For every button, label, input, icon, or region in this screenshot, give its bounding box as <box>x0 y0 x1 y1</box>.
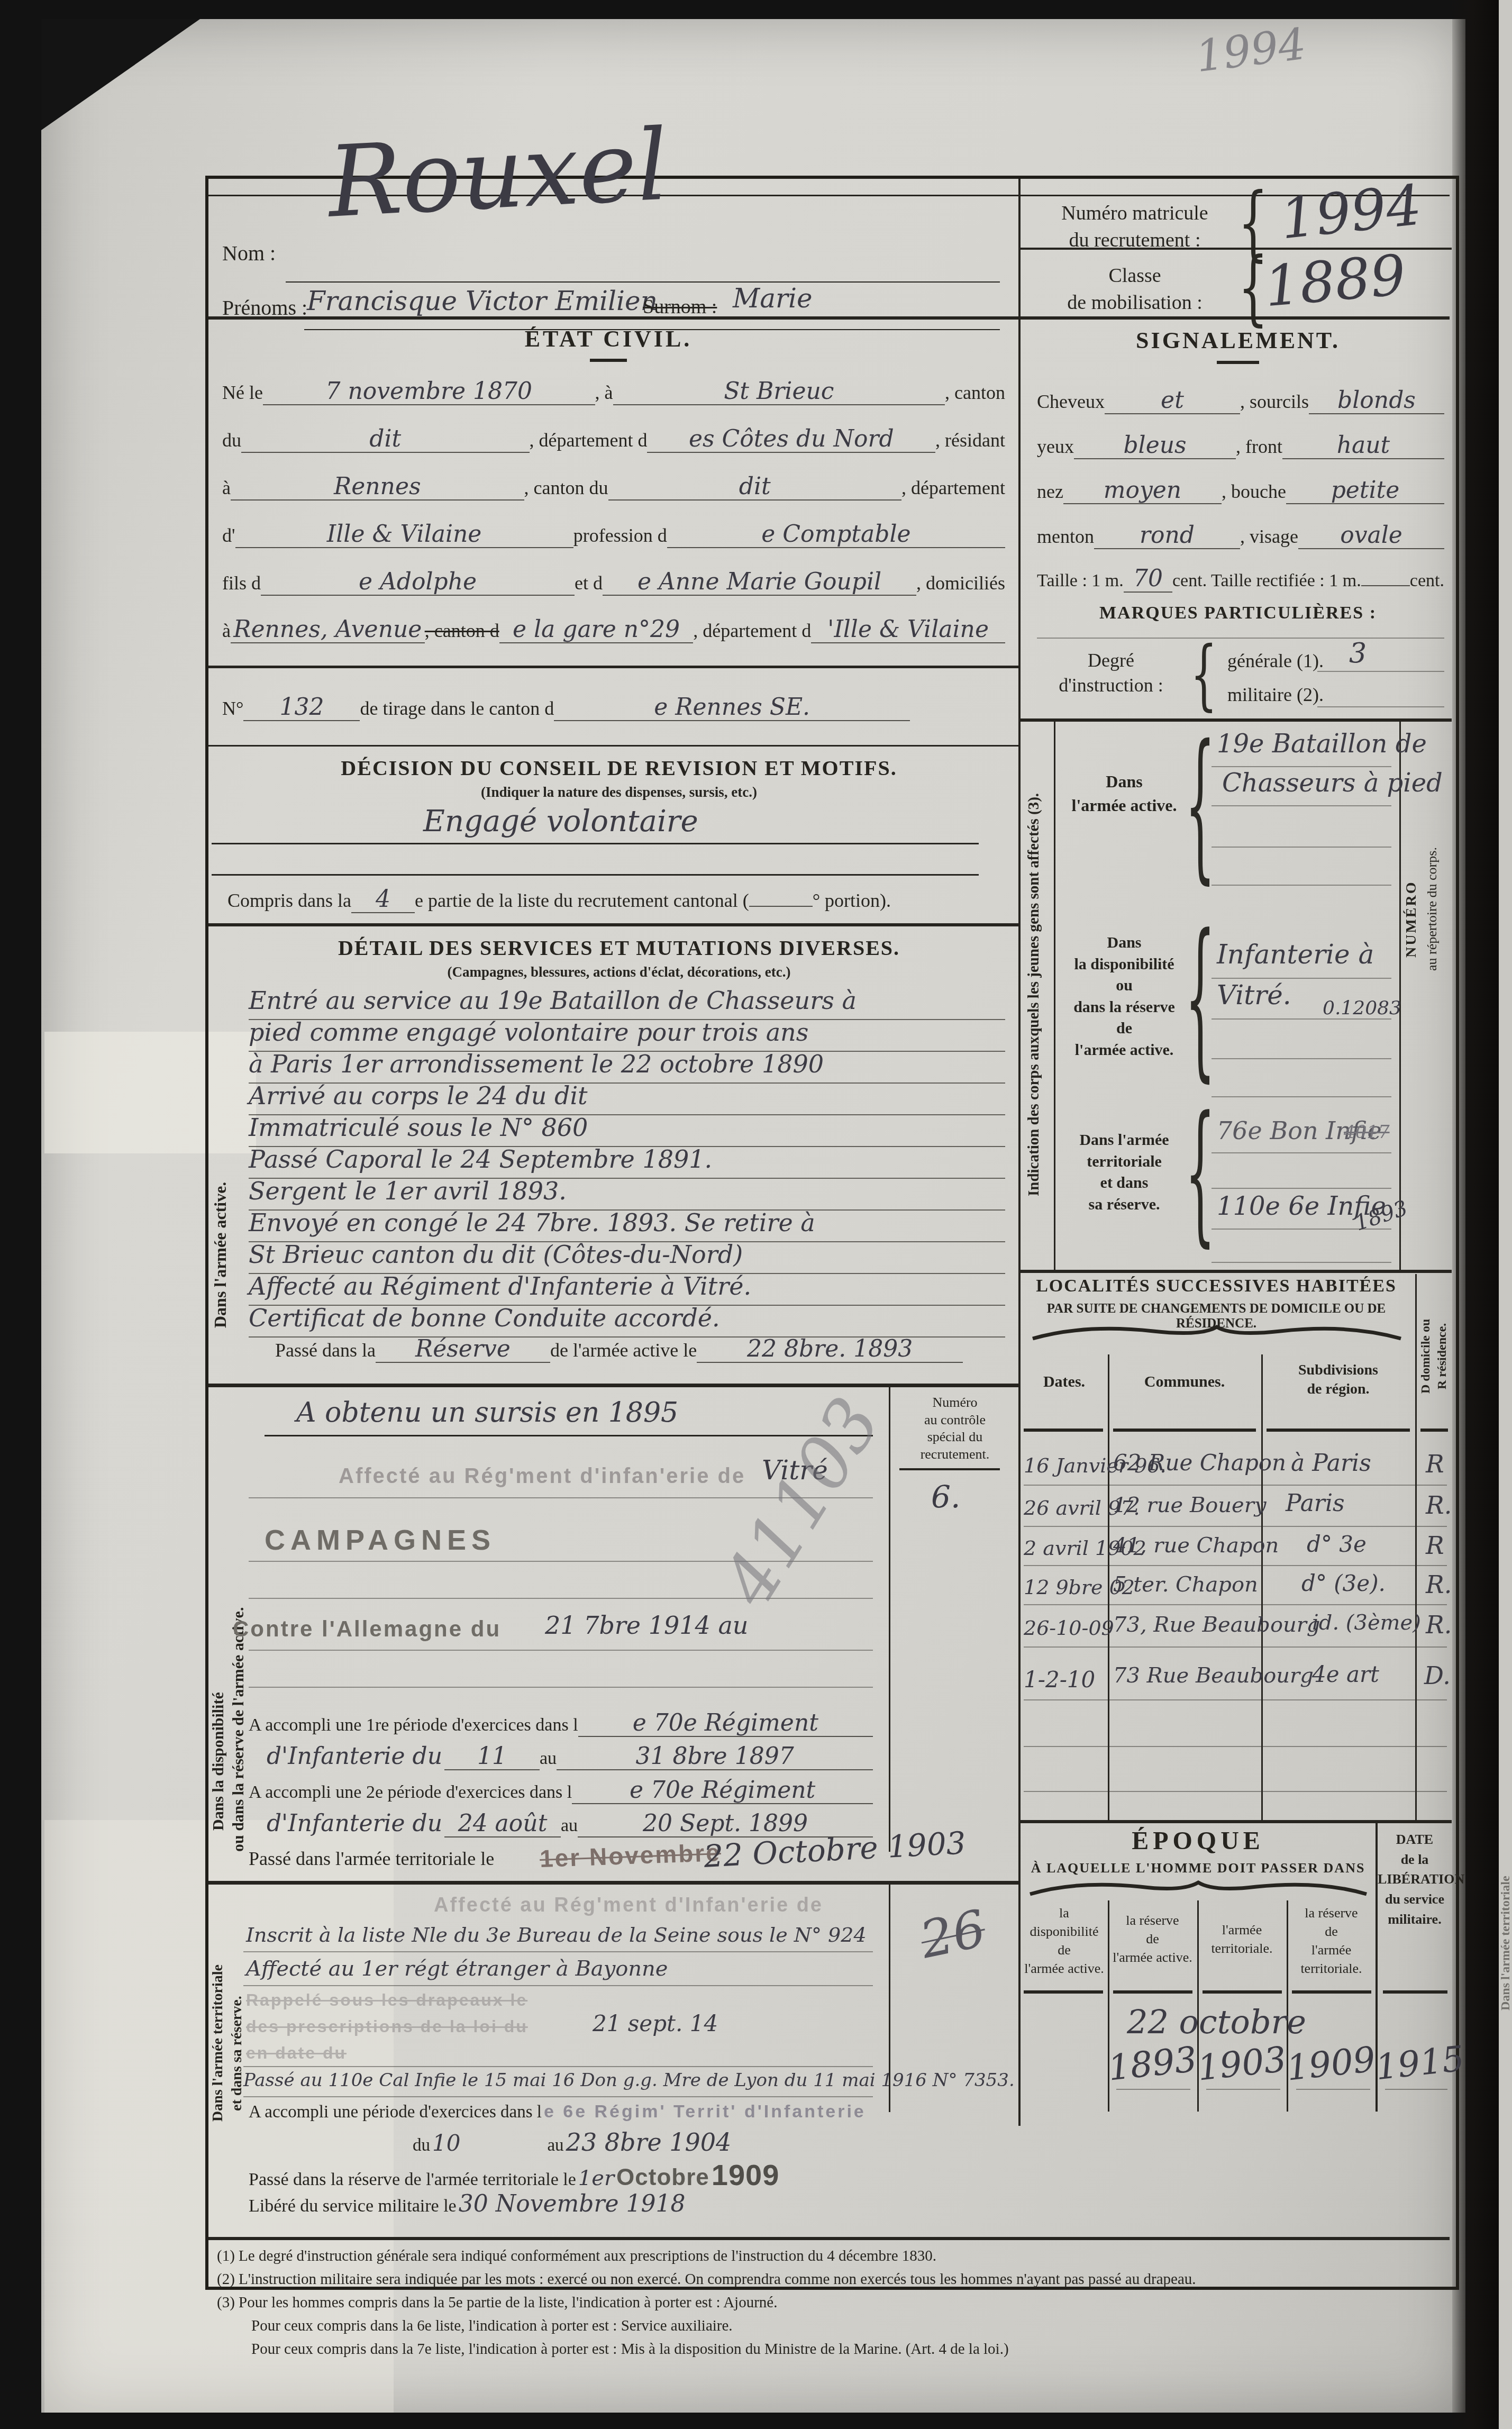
controle-divider <box>889 1387 890 1852</box>
cd-line-3 <box>1212 1058 1391 1059</box>
corps-dispo-brace: { <box>1185 899 1215 1099</box>
corps-side-label: Indication des corps auxquels les jeunes… <box>1025 727 1051 1262</box>
cd-line-4 <box>1212 1096 1391 1097</box>
service-entry: Sergent le 1er avril 1893. <box>249 1179 1005 1211</box>
localites-col-dates: Dates. <box>1021 1373 1108 1391</box>
blank-line-m2 <box>249 1687 873 1688</box>
nom-label: Nom : <box>222 241 276 266</box>
corps-dispo-label: Dans la disponibilité ou dans la réserve… <box>1058 932 1190 1061</box>
sursis-note: A obtenu un sursis en 1895 <box>296 1397 678 1429</box>
surnom-label: Surnom : <box>643 295 717 319</box>
cd-line-1 <box>1212 978 1391 979</box>
periode-dates: du 10 au 23 8bre 1904 <box>413 2128 868 2157</box>
service-entry: Envoyé en congé le 24 7bre. 1893. Se ret… <box>249 1211 1005 1242</box>
services-title: DÉTAIL DES SERVICES ET MUTATIONS DIVERSE… <box>254 935 984 960</box>
corps-rule-top <box>1021 718 1452 722</box>
degre-generale-line <box>1317 671 1444 672</box>
sursis-line <box>265 1435 873 1436</box>
etranger-bayonne: Affecté au 1er régt étranger à Bayonne <box>246 1957 668 1981</box>
ec-line-4: d' Ille & Vilaine profession d e Comptab… <box>222 523 1005 548</box>
decision-line-1 <box>212 843 979 844</box>
prenoms-value: Francisque Victor Emilien <box>307 286 658 316</box>
loc-row-subdiv: id. (3ème) <box>1312 1611 1421 1635</box>
corps-active-entry-1: 19e Bataillon de <box>1217 729 1427 759</box>
loc-row-commune: 73, Rue Beaubourg <box>1113 1613 1320 1637</box>
sig-row-3: nez moyen , bouche petite <box>1037 479 1444 504</box>
corps-active-brace: { <box>1185 711 1215 900</box>
epoque-col2-header: la réserve de l'armée active. <box>1109 1911 1196 1967</box>
surnom-value: Marie <box>733 283 813 314</box>
ep-value-line-2 <box>1206 2089 1280 2090</box>
corps-dispo-entry-1: Infanterie à <box>1217 939 1374 970</box>
surname-big: Rouxel <box>325 107 671 239</box>
affecte-vitre-stamp: Affecté au Rég'ment d'infan'erie de <box>339 1464 745 1488</box>
service-entry: Passé Caporal le 24 Septembre 1891. <box>249 1147 1005 1179</box>
periode2-line-b: d'Infanterie du 24 août au 20 Sept. 1899 <box>265 1812 873 1837</box>
ep-head-rule-1 <box>1024 1990 1103 1994</box>
degre-brace: { <box>1190 630 1217 718</box>
loc-head-rule-1 <box>1024 1429 1103 1432</box>
loc-row-commune: 73 Rue Beaubourg <box>1113 1663 1314 1688</box>
loc-row-subdiv: Paris <box>1286 1490 1345 1517</box>
epoque-col4-header: la réserve de l'armée territoriale. <box>1288 1904 1374 1978</box>
prescriptions-date: 21 sept. 14 <box>593 2010 718 2036</box>
service-entry: pied comme engagé volontaire pour trois … <box>249 1020 1005 1052</box>
ep-head-rule-5 <box>1383 1990 1447 1994</box>
etat-civil-title: ÉTAT CIVIL. <box>370 325 846 352</box>
loc-row-commune: 41, rue Chapon <box>1113 1533 1279 1558</box>
corps-terr-brace: { <box>1185 1085 1215 1262</box>
epoque-value-liberation: 1915 <box>1373 2040 1454 2088</box>
loc-row-line <box>1024 1604 1447 1605</box>
corps-terr-label: Dans l'armée territoriale et dans sa rés… <box>1058 1130 1190 1215</box>
tirage-rule-bottom <box>208 745 1018 747</box>
reserve-territoriale-line: Passé dans la réserve de l'armée territo… <box>249 2158 883 2192</box>
loc-row-subdiv: à Paris <box>1291 1450 1371 1477</box>
loc-row-subdiv: d° (3e). <box>1301 1570 1386 1596</box>
epoque-octobre: 22 octobre <box>1127 2003 1306 2041</box>
classe-label: Classe de mobilisation : <box>1032 262 1238 317</box>
ca-line-3 <box>1212 847 1391 848</box>
corps-active-entry-2: Chasseurs à pied <box>1222 768 1443 798</box>
inscrit-line <box>243 1951 873 1952</box>
loc-row-line <box>1024 1526 1447 1527</box>
ep-head-rule-3 <box>1203 1990 1282 1994</box>
degre-generale-label: générale (1). <box>1227 650 1324 672</box>
rappele-stamp: Rappelé sous les drapeaux le <box>246 1990 527 2010</box>
decision-subtitle: (Indiquer la nature des dispenses, sursi… <box>254 784 984 800</box>
corps-terr-num-1: 4017 <box>1344 1122 1390 1143</box>
loc-row-line <box>1024 1699 1447 1700</box>
loc-row-dr: R <box>1426 1531 1444 1560</box>
prescriptions-stamp: des prescriptions de la loi du <box>246 2017 528 2036</box>
periode-territoriale: A accompli une période d'exercices dans … <box>249 2102 878 2122</box>
epoque-brace-wave <box>1029 1879 1368 1897</box>
corps-rule-bottom <box>1021 1270 1452 1273</box>
controle-label-rule <box>899 1468 1000 1470</box>
loc-head-rule-2 <box>1113 1429 1256 1432</box>
matricule-label: Numéro matricule du recrutement : <box>1032 200 1238 254</box>
loc-row-subdiv: 4e art <box>1312 1661 1379 1687</box>
etranger-line <box>243 1985 873 1986</box>
ec-line-1: Né le 7 novembre 1870 , à St Brieuc , ca… <box>222 380 1005 405</box>
loc-row-dr: R. <box>1426 1570 1452 1599</box>
localites-brace-wave <box>1032 1323 1402 1342</box>
degre-militaire-label: militaire (2). <box>1227 684 1324 706</box>
ep-head-rule-4 <box>1292 1990 1371 1994</box>
passe-110-line <box>243 2096 873 2097</box>
inscrit-liste: Inscrit à la liste Nle du 3e Bureau de l… <box>246 1923 867 1946</box>
periode2-line-a: A accompli une 2e période d'exercices da… <box>249 1779 873 1804</box>
localites-title: LOCALITÉS SUCCESSIVES HABITÉES <box>1021 1276 1412 1296</box>
localites-col-subdiv: Subdivisions de région. <box>1261 1361 1415 1399</box>
footnote-2: (2) L'instruction militaire sera indiqué… <box>217 2271 1434 2288</box>
sig-row-taille: Taille : 1 m. 70 cent. Taille rectifiée … <box>1037 567 1444 593</box>
ec-line-5: fils d e Adolphe et d e Anne Marie Goupi… <box>222 570 1005 596</box>
periode1-line-a: A accompli une 1re période d'exercices d… <box>249 1712 873 1737</box>
signalement-ornament <box>1217 361 1259 364</box>
service-entry: Immatriculé sous le N° 860 <box>249 1115 1005 1147</box>
passe-reserve-line: Passé dans la Réserve de l'armée active … <box>275 1338 963 1363</box>
footnote-3: (3) Pour les hommes compris dans la 5e p… <box>217 2294 1434 2312</box>
corps-numero-divider <box>1399 722 1401 1270</box>
epoque-title: ÉPOQUE <box>1021 1826 1376 1855</box>
sig-row-1: Cheveux et , sourcils blonds <box>1037 389 1444 414</box>
controle-label: Numéro au contrôle spécial du recrutemen… <box>894 1394 1016 1463</box>
ct-line-1 <box>1212 1152 1391 1153</box>
compris-line: Compris dans la 4 e partie de la liste d… <box>227 888 936 913</box>
service-entry: à Paris 1er arrondissement le 22 octobre… <box>249 1052 1005 1084</box>
corps-dispo-num: 0.12083 <box>1323 997 1401 1019</box>
ec-line-2: du dit , département d es Côtes du Nord … <box>222 427 1005 453</box>
localites-rule-bottom <box>1021 1820 1452 1823</box>
middle-side-label-1: Dans la disponibilité <box>210 1407 227 1831</box>
loc-empty-line-2 <box>1024 1791 1447 1792</box>
services-subtitle: (Campagnes, blessures, actions d'éclat, … <box>254 964 984 980</box>
service-entry: Arrivé au corps le 24 du dit <box>249 1084 1005 1115</box>
loc-row-dr: R. <box>1426 1491 1452 1520</box>
services-entries: Entré au service au 19e Bataillon de Cha… <box>249 988 1005 1338</box>
loc-row-line <box>1024 1565 1447 1566</box>
decision-title: DÉCISION DU CONSEIL DE REVISION ET MOTIF… <box>254 756 984 780</box>
loc-row-line <box>1024 1646 1447 1648</box>
ct-line-3 <box>1212 1229 1391 1230</box>
header-bottom-rule <box>208 316 1450 320</box>
loc-div-3 <box>1415 1274 1417 1820</box>
footnote-5: Pour ceux compris dans la 7e liste, l'in… <box>251 2341 1434 2358</box>
service-entry: Certificat de bonne Conduite accordé. <box>249 1306 1005 1338</box>
degre-generale-value: 3 <box>1349 638 1367 669</box>
ep-value-line-3 <box>1296 2089 1370 2090</box>
localites-col-communes: Communes. <box>1108 1373 1261 1391</box>
ep-value-line-1 <box>1116 2089 1190 2090</box>
corps-active-label: Dans l'armée active. <box>1058 770 1190 817</box>
signalement-title: SIGNALEMENT. <box>1053 327 1423 354</box>
marques-line-1 <box>1037 638 1444 639</box>
loc-row-line <box>1024 1485 1447 1486</box>
campagnes-stamp: CAMPAGNES <box>265 1524 496 1557</box>
ct-line-4 <box>1212 1262 1391 1263</box>
decision-value: Engagé volontaire <box>423 804 698 839</box>
footnotes-rule <box>208 2237 1450 2240</box>
loc-row-dr: R. <box>1426 1611 1452 1639</box>
middle-rule-bottom <box>208 1881 1018 1885</box>
ca-line-2 <box>1212 805 1391 806</box>
epoque-subtitle: À LAQUELLE L'HOMME DOIT PASSER DANS <box>1021 1860 1376 1876</box>
contre-allemagne-stamp: Contre l'Allemagne du <box>233 1616 501 1642</box>
loc-div-2 <box>1261 1354 1263 1820</box>
loc-head-rule-3 <box>1267 1429 1410 1432</box>
tirage-rule-top <box>208 666 1018 668</box>
service-entry: Affecté au Régiment d'Infanterie à Vitré… <box>249 1274 1005 1306</box>
terr-label: Passé dans l'armée territoriale le <box>249 1848 494 1870</box>
service-entry: St Brieuc canton du dit (Côtes-du-Nord) <box>249 1242 1005 1274</box>
corps-numero-label2: au répertoire du corps. <box>1424 727 1440 971</box>
service-entry: Entré au service au 19e Bataillon de Cha… <box>249 988 1005 1020</box>
corps-label-divider <box>1054 722 1055 1270</box>
nom-line <box>286 281 1000 283</box>
ca-line-4 <box>1212 885 1391 886</box>
loc-row-dr: R <box>1426 1450 1444 1478</box>
degre-label: Degré d'instruction : <box>1032 648 1190 698</box>
loc-row-date: 1-2-10 <box>1024 1667 1095 1693</box>
ct-line-2 <box>1212 1188 1391 1189</box>
loc-row-commune: 12 rue Bouery <box>1113 1493 1267 1517</box>
epoque-col1-header: la disponibilité de l'armée active. <box>1021 1904 1108 1978</box>
loc-row-date: 26-10-09 <box>1024 1616 1114 1640</box>
affecte-regiment-stamp: Affecté au Rég'ment d'Infan'erie de <box>434 1894 823 1917</box>
adjacent-page-sliver <box>1499 0 1512 2429</box>
libere-line: Libéré du service militaire le 30 Novemb… <box>249 2190 883 2217</box>
etat-civil-ornament <box>590 359 627 362</box>
marques-label: MARQUES PARTICULIÈRES : <box>1053 603 1423 623</box>
loc-head-rule-4 <box>1420 1429 1448 1432</box>
services-side-label: Dans l'armée active. <box>211 989 230 1328</box>
bottom-side-label-1: Dans l'armée territoriale <box>210 1894 226 2122</box>
ec-line-3: à Rennes , canton du dit , département <box>222 475 1005 501</box>
cd-line-2 <box>1212 1018 1391 1020</box>
en-date-stamp: en date du <box>246 2043 347 2063</box>
ca-line-1 <box>1212 766 1391 767</box>
sig-row-2: yeux bleus , front haut <box>1037 434 1444 459</box>
sliver-vertical-label: Dans l'armée territoriale <box>1499 1534 1512 2010</box>
loc-row-commune: 5 ter. Chapon <box>1113 1572 1258 1597</box>
footnote-1: (1) Le degré d'instruction générale sera… <box>217 2248 1434 2265</box>
contre-allemagne-date: 21 7bre 1914 au <box>545 1611 748 1640</box>
tirage-line: N° 132 de tirage dans le canton d e Renn… <box>222 696 910 721</box>
epoque-date-label: DATE de la LIBÉRATION du service militai… <box>1378 1830 1452 1929</box>
stamp-line <box>243 2066 873 2067</box>
ep-value-line-4 <box>1385 2089 1447 2090</box>
services-rule-bottom <box>208 1384 1018 1387</box>
decision-rule-bottom <box>208 923 1018 926</box>
contre-line <box>249 1650 873 1651</box>
controle-value: 6. <box>931 1479 960 1515</box>
epoque-col3-header: l'armée territoriale. <box>1199 1921 1285 1958</box>
periode1-line-b: d'Infanterie du 11 au 31 8bre 1897 <box>265 1745 873 1770</box>
loc-row-dr: D. <box>1424 1661 1451 1690</box>
degre-militaire-line <box>1317 706 1444 707</box>
scanned-register-photo: Dans l'armée territoriale 1994 Rouxel No… <box>0 0 1512 2429</box>
loc-row-subdiv: d° 3e <box>1307 1531 1367 1557</box>
sig-row-4: menton rond , visage ovale <box>1037 524 1444 549</box>
passe-110: Passé au 110e Cal Infie le 15 mai 16 Don… <box>243 2070 1015 2091</box>
corps-dispo-entry-2: Vitré. <box>1217 980 1291 1011</box>
decision-line-2 <box>212 874 979 876</box>
footnote-4: Pour ceux compris dans la 6e liste, l'in… <box>251 2317 1434 2335</box>
localites-dr-header: D domicile ou R résidence. <box>1418 1274 1450 1438</box>
ep-head-rule-2 <box>1113 1990 1192 1994</box>
ec-line-6: à Rennes, Avenue , canton d e la gare n°… <box>222 618 1005 643</box>
loc-row-commune: 62 Rue Chapon <box>1113 1450 1286 1476</box>
loc-empty-line-1 <box>1024 1746 1447 1747</box>
classe-value: 1889 <box>1262 243 1408 320</box>
